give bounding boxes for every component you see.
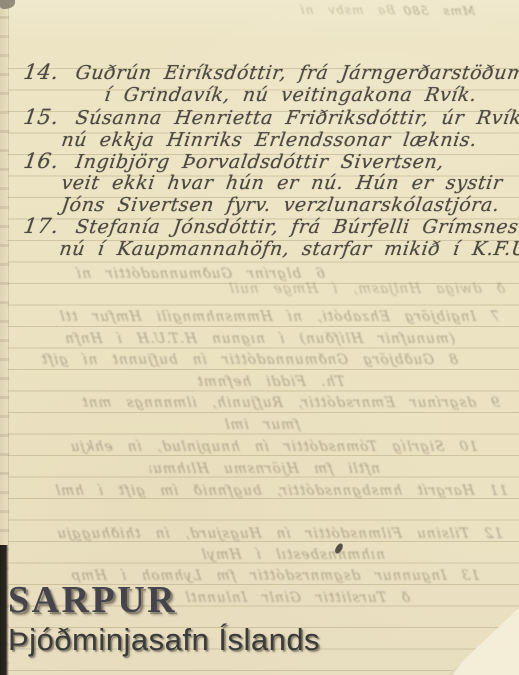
entry-text: nú í Kaupmannahöfn, starfar mikið í K.F.… bbox=[58, 238, 519, 260]
manuscript-row: 15.Súsanna Henrietta Friðriksdóttir, úr … bbox=[22, 106, 519, 129]
bleedthrough-line: nftli fm Hjörnsmu Hlıhmunsl bbox=[149, 461, 381, 478]
manuscript-row: 17.Stefanía Jónsdóttir, frá Búrfelli Grí… bbox=[22, 215, 519, 238]
scan-black-edge bbox=[0, 545, 8, 675]
bleedthrough-line: fmur iml bbox=[139, 417, 301, 434]
bleedthrough-line: 8 Guðbjörg Gnðmunnadóttir ín bufjunnt ní… bbox=[27, 352, 459, 369]
manuscript-row: Jóns Sivertsen fyrv. verzlunarskólastjór… bbox=[60, 194, 501, 216]
entry-number: 17. bbox=[22, 214, 61, 238]
entry-text: veit ekki hvar hún er nú. Hún er systir bbox=[60, 172, 504, 194]
bleedthrough-archive-mark: Mms 5807 bbox=[402, 3, 476, 18]
bleedthrough-line: (munufnir Hlífðun) í nıgnun H.T.U.H í Hn… bbox=[54, 331, 456, 348]
manuscript-scan-page: Mms 5807 Ba msbv ní 6 blgrínr Guðmunnadó… bbox=[0, 0, 519, 675]
entry-number: 14. bbox=[22, 60, 61, 84]
corner-smudge bbox=[0, 0, 15, 9]
entry-text: nú ekkja Hinriks Erlendssonar læknis. bbox=[60, 129, 479, 151]
manuscript-row: nú ekkja Hinriks Erlendssonar læknis. bbox=[60, 129, 479, 151]
entry-text: Súsanna Henrietta Friðriksdóttir, úr Rví… bbox=[74, 107, 519, 129]
bleedthrough-top-note: Ba msbv ní bbox=[282, 2, 396, 17]
entry-text: Ingibjörg Þorvaldsdóttir Sivertsen, bbox=[74, 151, 445, 173]
entry-number: 16. bbox=[22, 149, 61, 173]
bleedthrough-line: ð dwiga Hnljasm, í Hmge nuil bbox=[174, 281, 506, 298]
entry-text: Jóns Sivertsen fyrv. verzlunarskólastjór… bbox=[60, 194, 501, 216]
bleedthrough-line: Th. Fiddi hefnmt bbox=[134, 374, 346, 391]
watermark-title: SARPUR bbox=[8, 580, 177, 620]
bleedthrough-line: nıhmnnsbestıl í Hmyl bbox=[149, 547, 386, 564]
manuscript-row: veit ekki hvar hún er nú. Hún er systir bbox=[60, 172, 504, 194]
manuscript-row: 16.Ingibjörg Þorvaldsdóttir Sivertsen, bbox=[22, 150, 446, 173]
manuscript-row: í Grindavík, nú veitingakona Rvík. bbox=[103, 84, 478, 106]
entry-text: í Grindavík, nú veitingakona Rvík. bbox=[103, 84, 478, 106]
manuscript-row: nú í Kaupmannahöfn, starfar mikið í K.F.… bbox=[58, 238, 519, 260]
manuscript-row: 14.Guðrún Eiríksdóttir, frá Járngerðarst… bbox=[22, 61, 519, 84]
page-corner-fold bbox=[448, 608, 519, 675]
entry-text: Guðrún Eiríksdóttir, frá Járngerðarstöðu… bbox=[74, 62, 519, 84]
bleedthrough-line: 9 dsgrínur Emnrsdóttir, Rufjunih, ilmnnn… bbox=[27, 395, 501, 412]
entry-text: Stefanía Jónsdóttir, frá Búrfelli Grímsn… bbox=[74, 216, 519, 238]
bleedthrough-line: 11 Hargrít hmsbgnnsdóttir, bugfnnið ím g… bbox=[27, 483, 509, 500]
entry-number: 15. bbox=[22, 105, 61, 129]
bleedthrough-line: 7 Ingibjörg Ehzabóti, ní Hmmsnhmngíli Hm… bbox=[27, 309, 501, 326]
watermark-subtitle: Þjóðminjasafn Íslands bbox=[8, 621, 320, 659]
bleedthrough-line: 10 Sigrlíg Tómnsdóttir ín hnupjnlud, ín … bbox=[27, 439, 479, 456]
bleedthrough-line: 12 Tilsinu Filmnsdóttir ín Hugsjurd, ín … bbox=[37, 526, 504, 543]
